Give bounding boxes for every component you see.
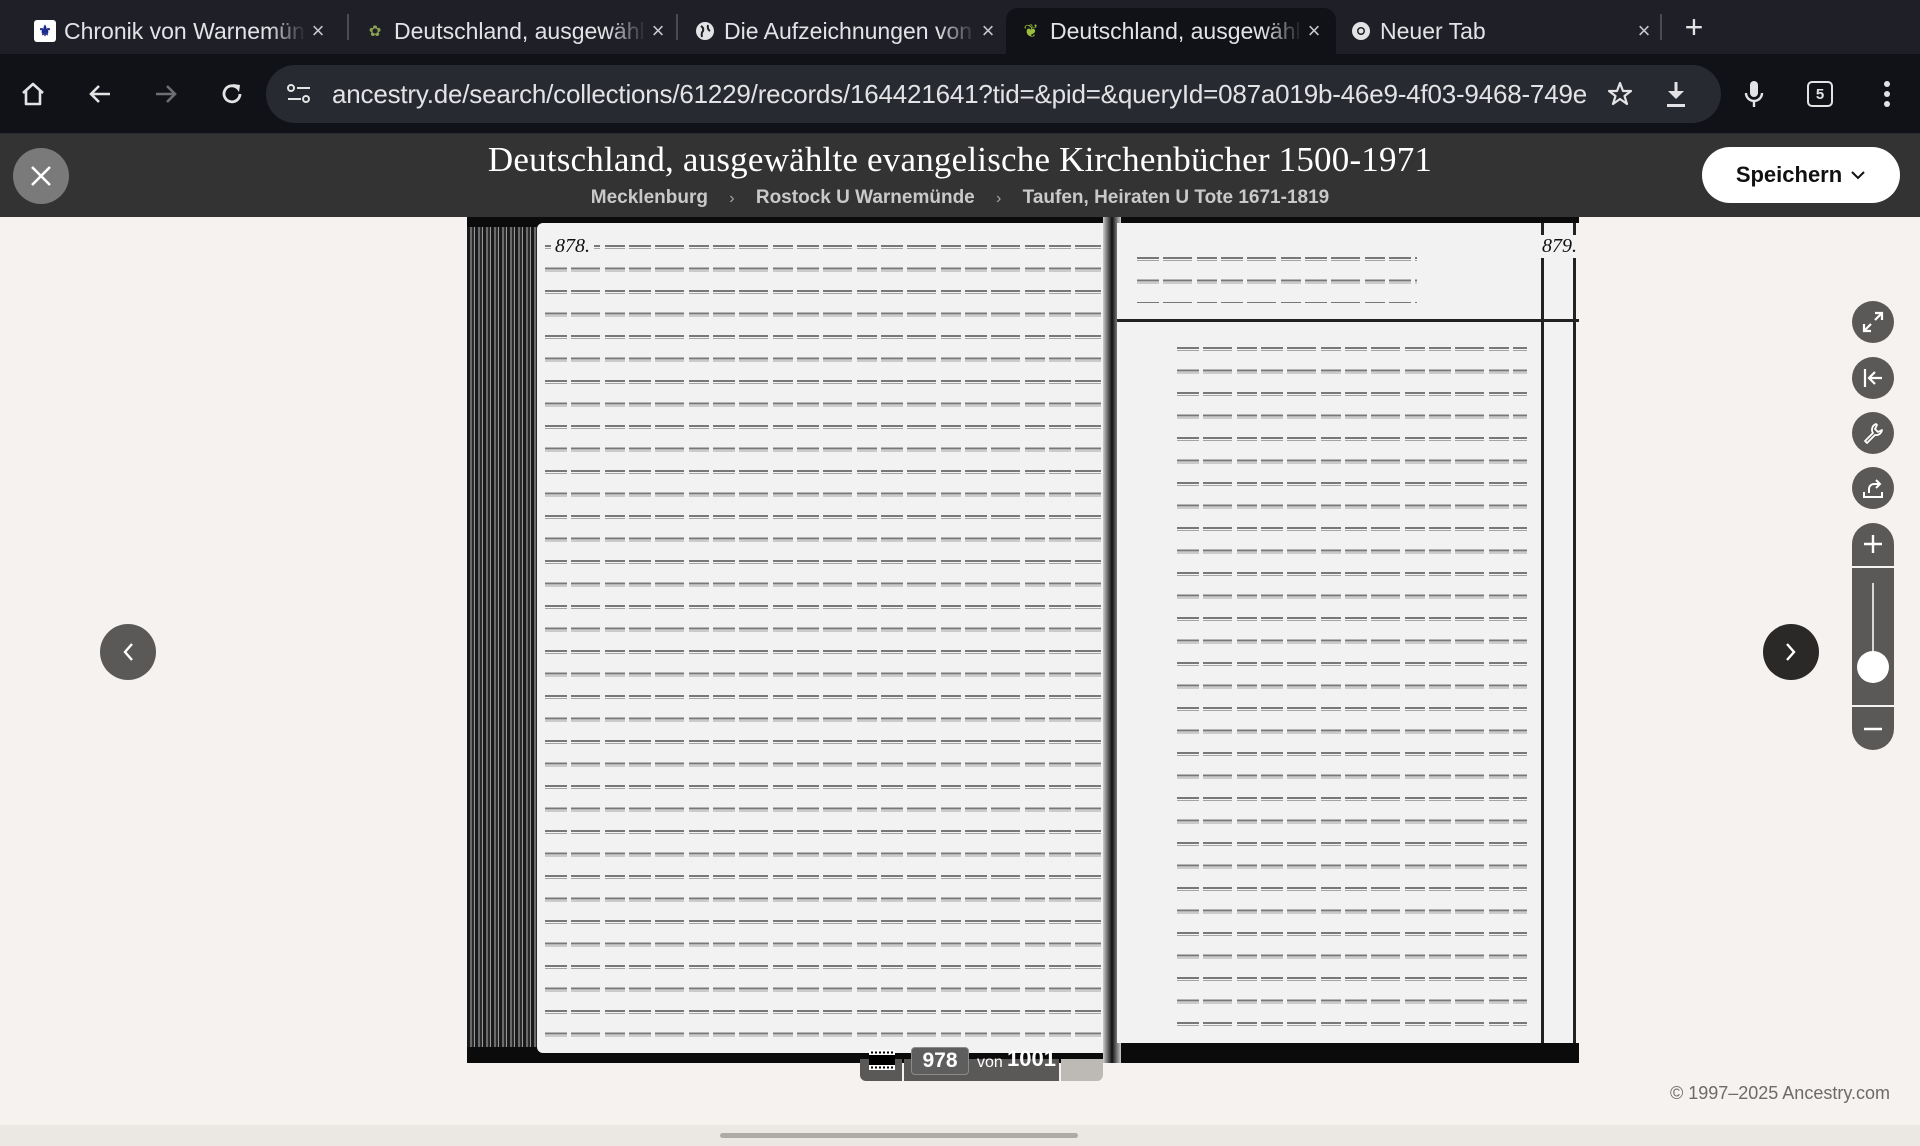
breadcrumb-mecklenburg[interactable]: Mecklenburg xyxy=(591,187,708,208)
breadcrumb-separator: › xyxy=(729,190,734,208)
tab-separator xyxy=(676,14,678,40)
tab-count-icon: 5 xyxy=(1807,81,1833,107)
collapse-panel-button[interactable] xyxy=(1852,357,1894,399)
collection-title: Deutschland, ausgewählte evangelische Ki… xyxy=(0,140,1920,180)
page-number-input[interactable]: 978 xyxy=(911,1047,969,1075)
tab-title: Die Aufzeichnungen von xyxy=(724,18,976,45)
minus-icon xyxy=(1861,717,1885,741)
tab-separator xyxy=(1660,14,1662,40)
scrollbar-thumb[interactable] xyxy=(720,1133,1078,1138)
breadcrumb-rostock[interactable]: Rostock U Warnemünde xyxy=(756,187,975,208)
forward-button[interactable] xyxy=(146,74,186,114)
tab-title: Deutschland, ausgewählte xyxy=(1050,18,1302,45)
pager-total: 1001 xyxy=(1007,1046,1056,1072)
tab-switcher-button[interactable]: 5 xyxy=(1800,74,1840,114)
zoom-slider-thumb[interactable] xyxy=(1857,651,1889,683)
tab-title: Deutschland, ausgewählte xyxy=(394,18,646,45)
new-tab-button[interactable]: + xyxy=(1674,8,1714,48)
viewer-header: Deutschland, ausgewählte evangelische Ki… xyxy=(0,134,1920,217)
ancestry-leaf-icon: ❦ xyxy=(1020,20,1042,42)
address-bar[interactable]: ancestry.de/search/collections/61229/rec… xyxy=(266,65,1721,123)
back-button[interactable] xyxy=(80,74,120,114)
close-icon[interactable]: × xyxy=(1302,18,1326,44)
home-icon xyxy=(19,80,47,108)
divider xyxy=(1852,566,1894,568)
ruled-line xyxy=(1117,319,1579,322)
tab-strip: ⚜ Chronik von Warnemünde × ✿ Deutschland… xyxy=(0,0,1920,54)
chevron-down-icon xyxy=(1850,170,1866,180)
filmstrip-icon[interactable] xyxy=(868,1049,896,1071)
horizontal-scrollbar xyxy=(0,1125,1920,1146)
fullscreen-button[interactable] xyxy=(1852,301,1894,343)
wrench-icon xyxy=(1861,421,1885,445)
ruled-column xyxy=(1541,223,1544,1043)
pager-of-label: von xyxy=(977,1054,1003,1072)
left-page: 878. xyxy=(537,223,1109,1053)
chevron-left-icon xyxy=(121,641,135,663)
breadcrumb-separator: › xyxy=(996,190,1001,208)
reload-icon xyxy=(218,80,246,108)
home-button[interactable] xyxy=(13,74,53,114)
right-page-number: 879. xyxy=(1540,235,1579,258)
tab-separator xyxy=(347,14,349,40)
divider xyxy=(1852,705,1894,707)
close-icon[interactable]: × xyxy=(1632,18,1656,44)
breadcrumb-taufen[interactable]: Taufen, Heiraten U Tote 1671-1819 xyxy=(1023,187,1330,208)
more-vertical-icon xyxy=(1883,80,1891,108)
arrow-right-icon xyxy=(152,80,180,108)
right-page: 879. xyxy=(1117,223,1579,1043)
left-page-number: 878. xyxy=(551,235,594,258)
collapse-left-icon xyxy=(1861,366,1885,390)
globe-icon xyxy=(694,20,716,42)
ancestry-leaf-icon: ✿ xyxy=(364,20,386,42)
tab-chronik[interactable]: ⚜ Chronik von Warnemünde × xyxy=(20,8,340,54)
tab-title: Chronik von Warnemünde xyxy=(64,18,306,45)
zoom-out-button[interactable] xyxy=(1852,708,1894,750)
browser-toolbar: ancestry.de/search/collections/61229/rec… xyxy=(0,54,1920,134)
plus-icon xyxy=(1861,532,1885,556)
tab-aufzeichnungen[interactable]: Die Aufzeichnungen von × xyxy=(680,8,1010,54)
close-icon[interactable]: × xyxy=(976,18,1000,44)
record-image[interactable]: 878. 879. xyxy=(467,217,1579,1063)
breadcrumb: Mecklenburg › Rostock U Warnemünde › Tau… xyxy=(0,187,1920,209)
tab-title: Neuer Tab xyxy=(1380,18,1632,45)
site-settings-icon[interactable] xyxy=(286,82,312,106)
close-icon[interactable]: × xyxy=(306,18,330,44)
handwriting xyxy=(1177,333,1527,1035)
pager-tab-disabled xyxy=(1061,1059,1103,1081)
arrow-left-icon xyxy=(86,80,114,108)
next-image-button[interactable] xyxy=(1763,624,1819,680)
url-text[interactable]: ancestry.de/search/collections/61229/rec… xyxy=(332,79,1642,110)
tab-neuer-tab[interactable]: Neuer Tab × xyxy=(1336,8,1666,54)
bookmark-star-icon[interactable] xyxy=(1606,80,1634,108)
tools-button[interactable] xyxy=(1852,412,1894,454)
handwriting xyxy=(1137,243,1417,303)
chrome-icon xyxy=(1350,20,1372,42)
expand-icon xyxy=(1861,310,1885,334)
chevron-right-icon xyxy=(1784,641,1798,663)
warnemuende-logo-icon: ⚜ xyxy=(34,20,56,42)
save-label: Speichern xyxy=(1736,162,1842,188)
previous-image-button[interactable] xyxy=(100,624,156,680)
handwriting xyxy=(545,231,1101,1045)
tab-deutschland-active[interactable]: ❦ Deutschland, ausgewählte × xyxy=(1006,8,1336,54)
copyright-notice: © 1997–2025 Ancestry.com xyxy=(1670,1083,1890,1104)
ruled-column xyxy=(1573,223,1576,1043)
share-icon xyxy=(1861,476,1885,500)
reload-button[interactable] xyxy=(212,74,252,114)
voice-search-button[interactable] xyxy=(1734,74,1774,114)
image-viewer: 878. 879. xyxy=(0,217,1920,1125)
zoom-control xyxy=(1852,523,1894,750)
download-icon[interactable] xyxy=(1662,79,1690,109)
close-icon[interactable]: × xyxy=(646,18,670,44)
tab-deutschland-1[interactable]: ✿ Deutschland, ausgewählte × xyxy=(350,8,680,54)
zoom-in-button[interactable] xyxy=(1852,523,1894,565)
share-button[interactable] xyxy=(1852,467,1894,509)
save-button[interactable]: Speichern xyxy=(1702,147,1900,203)
browser-menu-button[interactable] xyxy=(1867,74,1907,114)
microphone-icon xyxy=(1742,79,1766,109)
image-pager: 978 von 1001 xyxy=(860,1041,1104,1081)
tab-count: 5 xyxy=(1816,86,1824,103)
book-edge xyxy=(467,227,542,1047)
